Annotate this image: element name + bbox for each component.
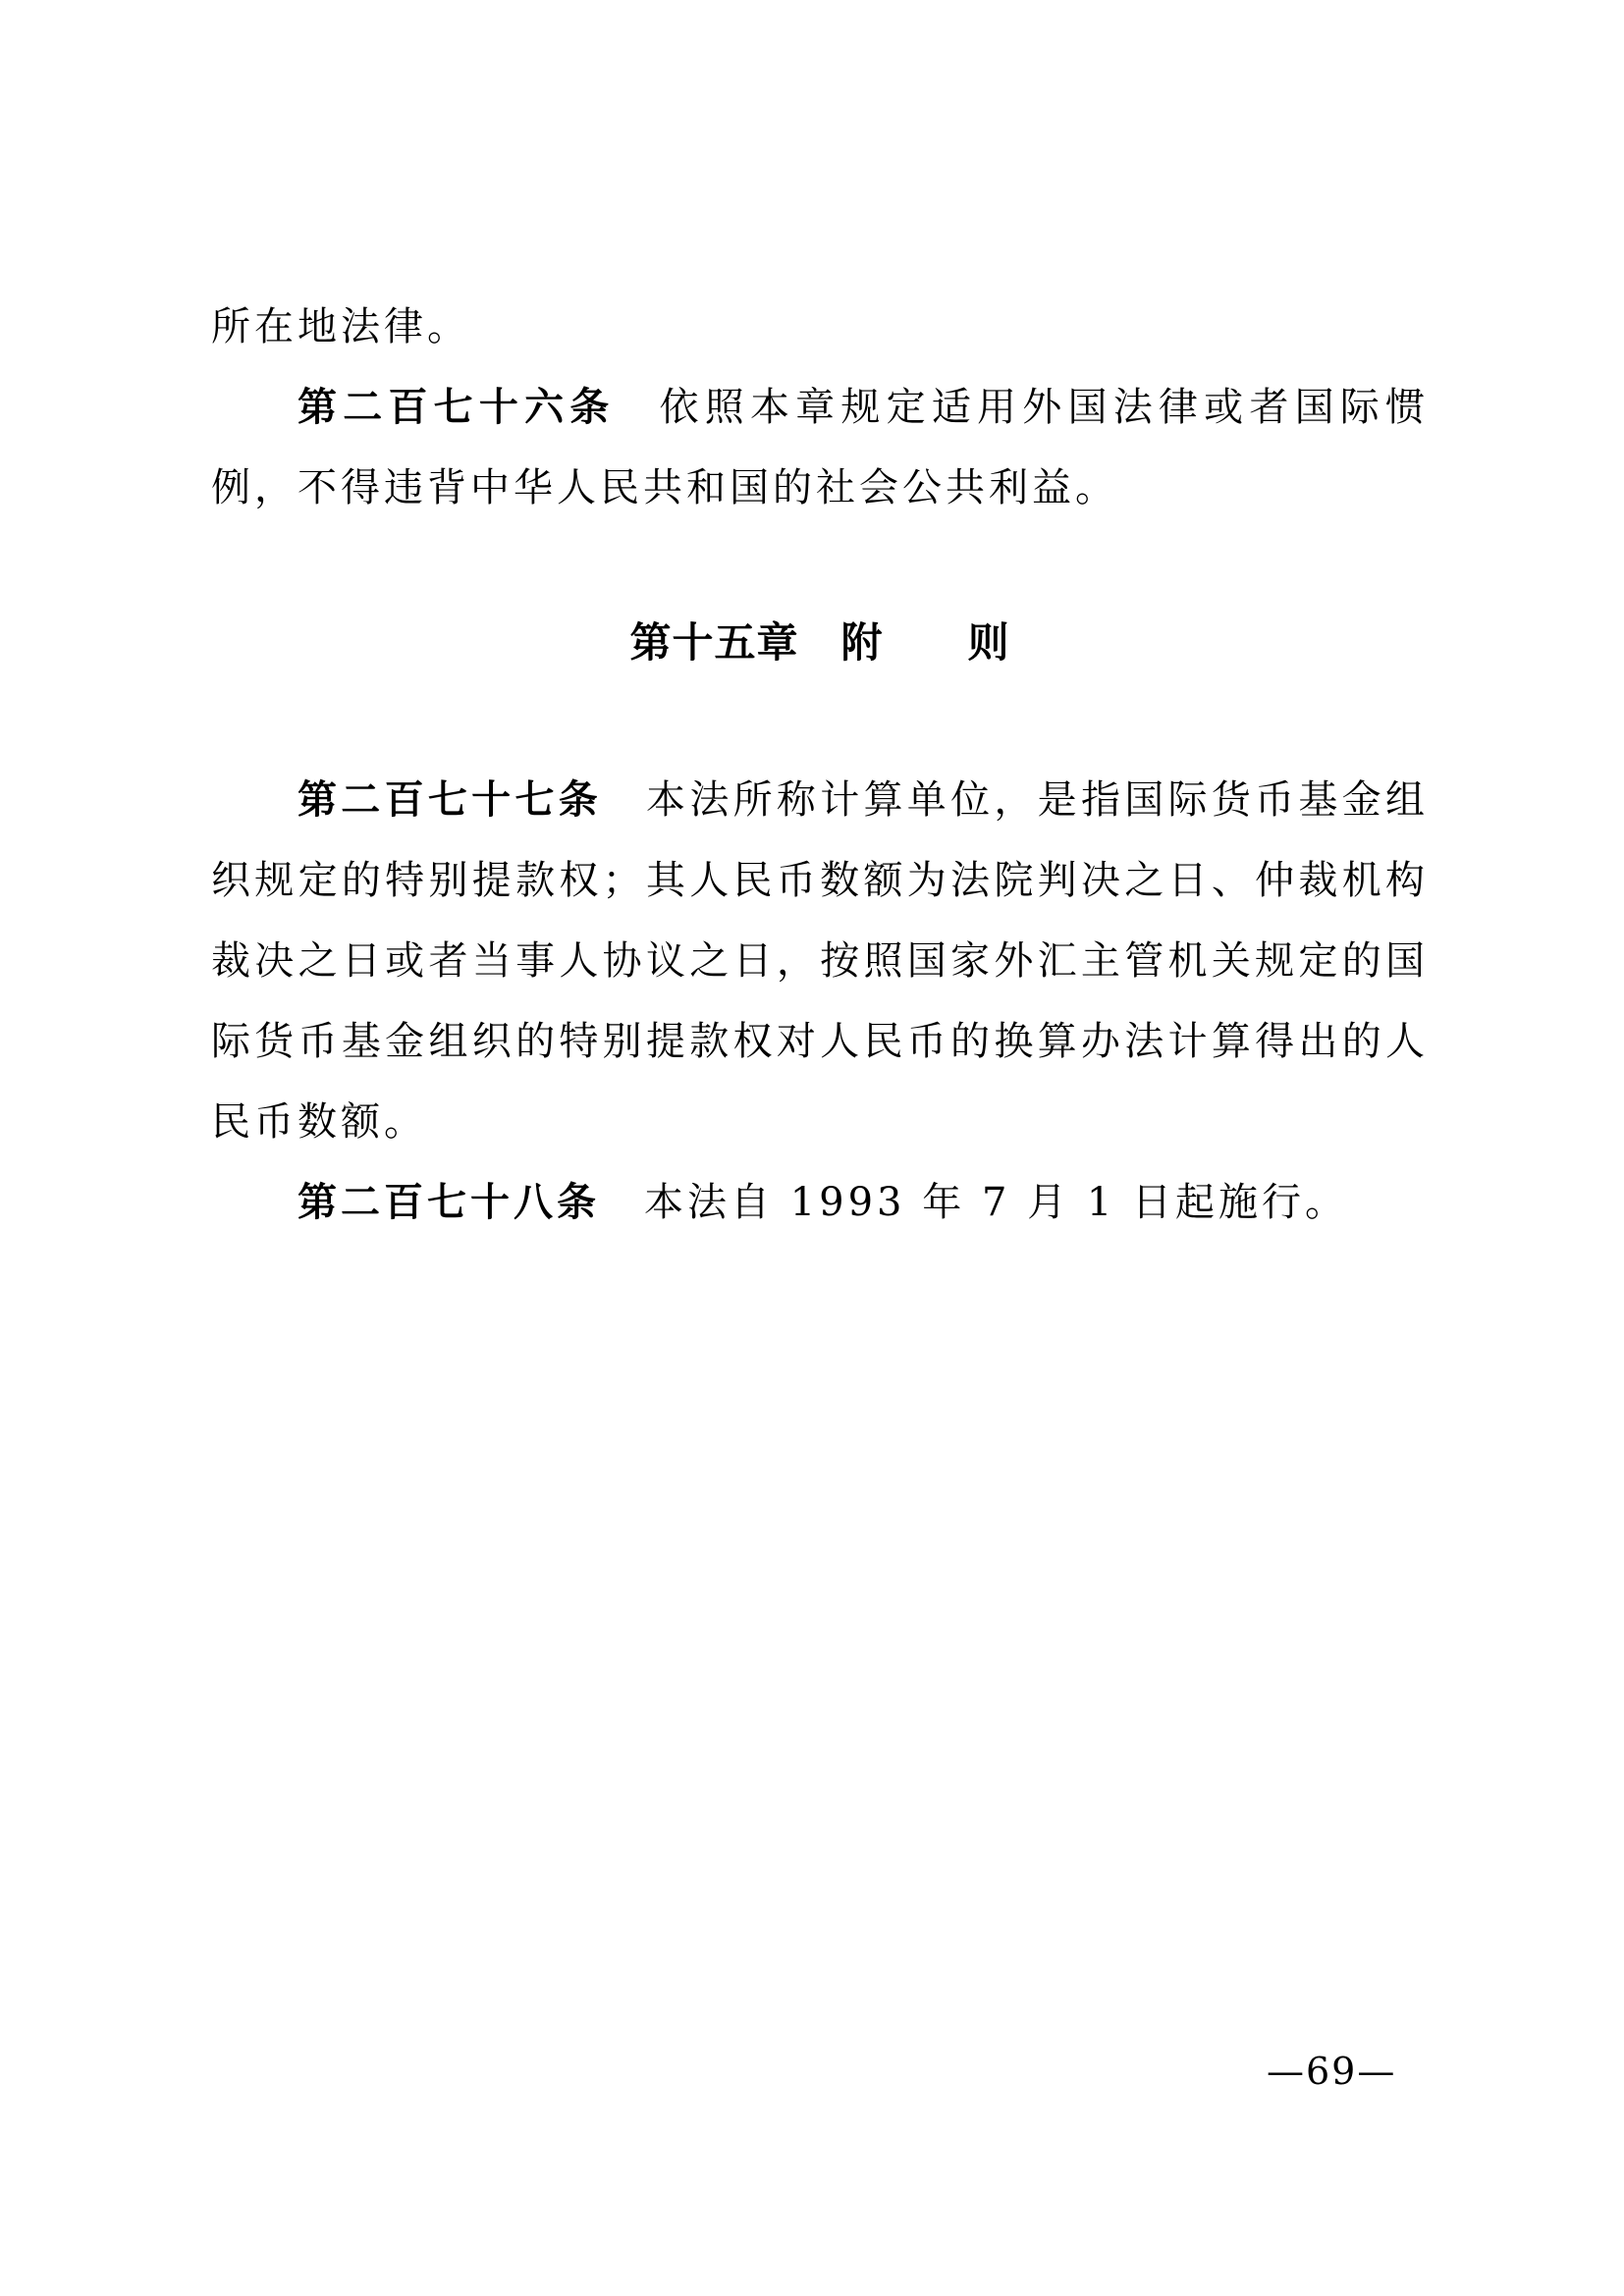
article-277-line-1: 第二百七十七条本法所称计算单位，是指国际货币基金组 bbox=[211, 760, 1429, 840]
chapter-heading: 第十五章 附 则 bbox=[211, 603, 1429, 683]
article-277-line-1-text: 本法所称计算单位，是指国际货币基金组 bbox=[646, 777, 1429, 823]
page-content: 所在地法律。 第二百七十六条依照本章规定适用外国法律或者国际惯 例，不得违背中华… bbox=[211, 287, 1429, 1243]
article-276-line-1: 第二百七十六条依照本章规定适用外国法律或者国际惯 bbox=[211, 367, 1429, 448]
article-278-text: 本法自 1993 年 7 月 1 日起施行。 bbox=[644, 1180, 1348, 1225]
document-page: 所在地法律。 第二百七十六条依照本章规定适用外国法律或者国际惯 例，不得违背中华… bbox=[0, 0, 1624, 2296]
article-277-number: 第二百七十七条 bbox=[298, 777, 602, 823]
article-277-line-5: 民币数额。 bbox=[211, 1082, 1429, 1162]
continuation-line: 所在地法律。 bbox=[211, 287, 1429, 367]
article-276-line-1-text: 依照本章规定适用外国法律或者国际惯 bbox=[660, 385, 1429, 430]
article-277-line-3: 裁决之日或者当事人协议之日，按照国家外汇主管机关规定的国 bbox=[211, 921, 1429, 1001]
page-number: —69— bbox=[1267, 2048, 1396, 2095]
article-278-line: 第二百七十八条本法自 1993 年 7 月 1 日起施行。 bbox=[211, 1162, 1429, 1243]
article-277-line-4: 际货币基金组织的特别提款权对人民币的换算办法计算得出的人 bbox=[211, 1001, 1429, 1082]
article-277-line-2: 织规定的特别提款权；其人民币数额为法院判决之日、仲裁机构 bbox=[211, 840, 1429, 921]
article-278-number: 第二百七十八条 bbox=[298, 1180, 600, 1225]
article-276-line-2: 例，不得违背中华人民共和国的社会公共利益。 bbox=[211, 448, 1429, 528]
article-276-number: 第二百七十六条 bbox=[298, 385, 616, 430]
